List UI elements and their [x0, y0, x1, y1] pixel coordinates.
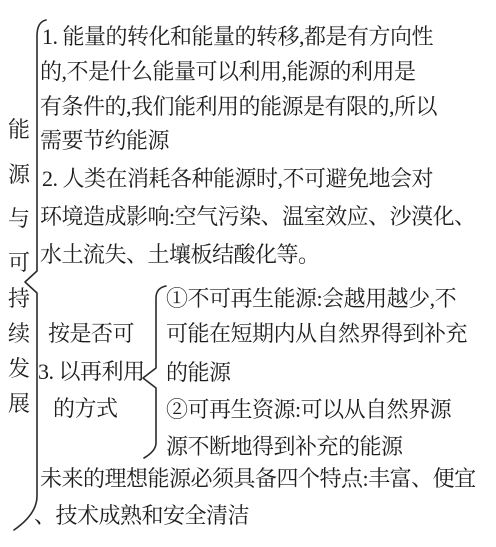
point2-line2: 环境造成影响:空气污染、温室效应、沙漠化、: [40, 205, 476, 229]
point4-line2: 、技术成熟和安全清洁: [34, 504, 249, 528]
point2-line3: 水土流失、土壤板结酸化等。: [40, 243, 320, 267]
point3-label-line3: 的方式: [53, 397, 118, 421]
point3-sub1-line1: ①不可再生能源:会越用越少,不: [166, 287, 456, 311]
bracket-diagram: 能 源 与 可 持 续 发 展 1. 能量的转化和能量的转移,都是有方向性 的,…: [0, 0, 496, 547]
point2-line1: 2. 人类在消耗各种能源时,不可避免地会对: [42, 167, 433, 191]
outer-curly-brace-icon: [8, 14, 52, 538]
point1-line1: 1. 能量的转化和能量的转移,都是有方向性: [42, 25, 433, 49]
point3-label-line1: 按是否可: [48, 322, 134, 346]
point1-line3: 有条件的,我们能利用的能源是有限的,所以: [40, 95, 437, 119]
point1-line4: 需要节约能源: [40, 129, 169, 153]
point3-label-line2: 3. 以再利用: [38, 360, 145, 384]
point4-line1: 未来的理想能源必须具备四个特点:丰富、便宜: [40, 467, 476, 491]
point3-sub1-line3: 的能源: [166, 361, 231, 385]
point1-line2: 的,不是什么能量可以利用,能源的利用是: [40, 60, 416, 84]
point3-sub1-line2: 可能在短期内从自然界得到补充: [166, 322, 467, 346]
point3-sub2-line2: 源不断地得到补充的能源: [166, 435, 403, 459]
point3-sub2-line1: ②可再生资源:可以从自然界源: [166, 398, 451, 422]
